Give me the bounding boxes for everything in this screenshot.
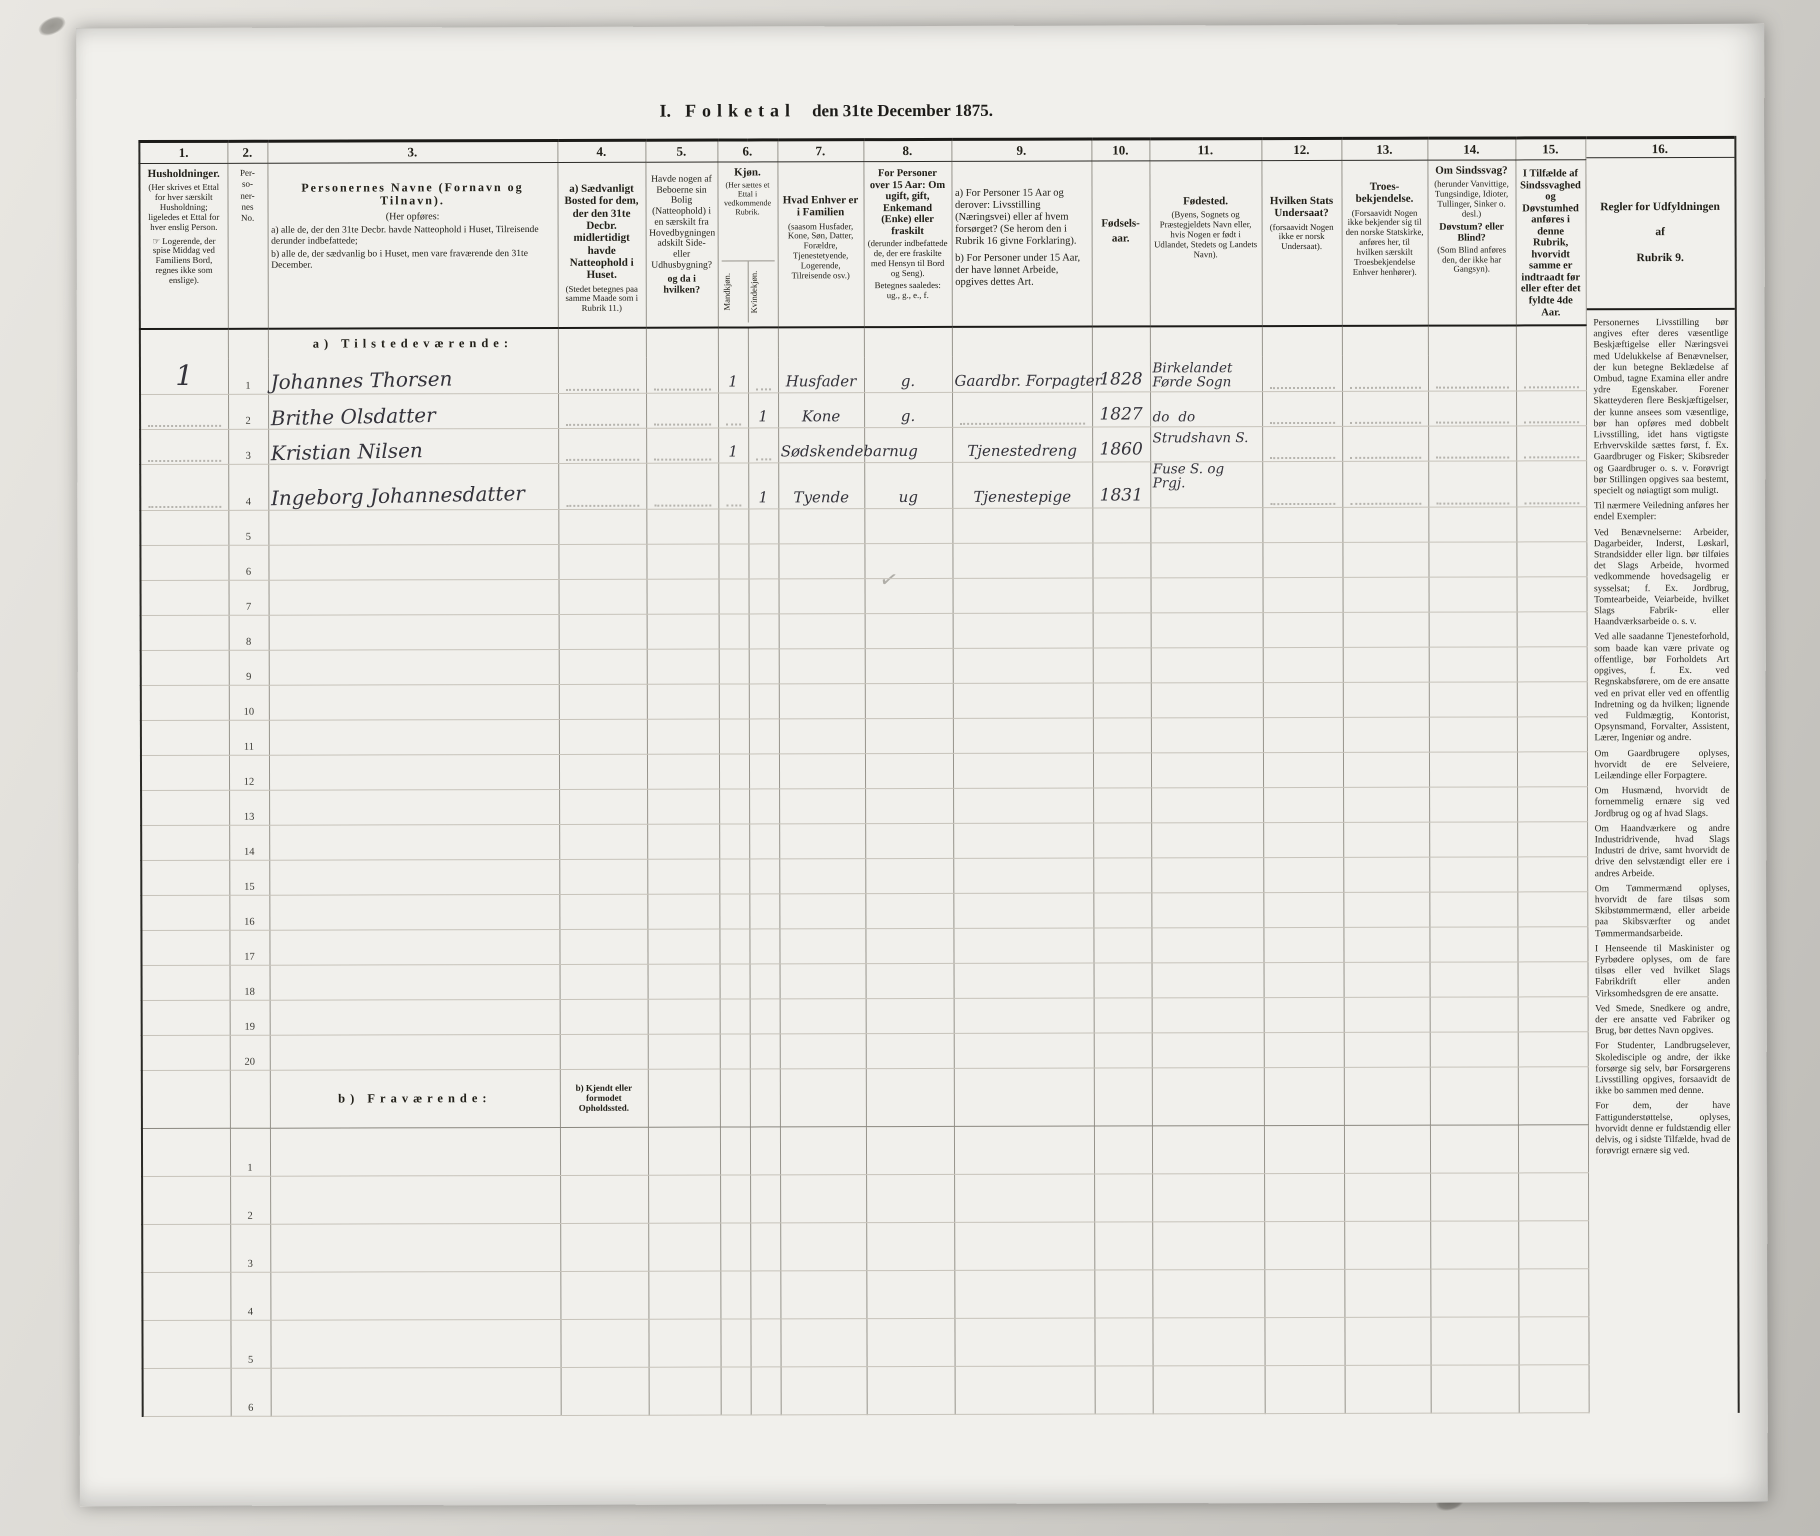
cell-person-number: 3 [230,1224,270,1272]
col-number: 5. [645,140,717,162]
cell-birthplace [1153,1365,1265,1413]
cell-birth-year [1092,508,1150,543]
cell-usual-residence [558,393,646,428]
cell-name: Kristian Nilsen [268,426,559,467]
cell-citizenship [1262,392,1342,427]
cell-marital-status [865,753,953,788]
cell-birth-year: 1827 [1092,392,1150,427]
table-row: 17 [141,926,1587,965]
cell-citizenship [1264,1125,1344,1173]
cell-birthplace [1152,1173,1264,1221]
cell-name [269,787,560,828]
header-female: Kvindekjøn. [748,261,774,322]
cell-birth-year [1093,683,1151,718]
cell-family-position [780,998,866,1033]
cell-usual-residence [559,824,647,859]
cell-family-position [780,963,866,998]
cell-family-position: Tyende [778,463,864,509]
header-citizenship: Hvilken Stats Undersaat? (forsaavidt Nog… [1261,160,1341,326]
cell-male [720,999,750,1034]
cell-occupation [954,1318,1094,1366]
cell-name [269,717,560,758]
cell-onset-age [1518,1031,1588,1066]
cell-disabilities [1430,1269,1518,1317]
section-absent-note: b) Kjendt eller formodet Opholdssted. [560,1069,648,1127]
cell-onset-age [1517,611,1587,646]
cell-creed [1344,962,1430,997]
cell-birth-year [1094,998,1152,1033]
cell-citizenship [1264,1269,1344,1317]
cell-citizenship [1262,462,1342,508]
cell-male [720,1034,750,1069]
cell-male [719,929,749,964]
cell-female [749,858,779,893]
cell-male [720,1175,750,1223]
cell-usual-residence [559,859,647,894]
cell-onset-age [1517,821,1587,856]
cell-birth-year [1094,1033,1152,1068]
cell-creed [1343,822,1429,857]
cell-onset-age [1517,786,1587,821]
cell-birth-year: 1860 [1092,427,1150,462]
cell-household [141,720,229,755]
table-row: 6 [140,541,1586,580]
cell-person-number: 3 [228,429,268,464]
cell-family-position [779,753,865,788]
cell-disabilities [1429,752,1517,787]
cell-male [720,1319,750,1367]
cell-name [270,1175,560,1224]
cell-male [718,463,748,509]
present-rows: 1 1 Johannes Thorsen 1 Husfader g. Gaard… [140,355,1588,1070]
cell-birthplace [1152,1221,1264,1269]
cell-marital-status [865,613,953,648]
cell-disabilities [1428,426,1516,461]
cell-usual-residence [559,894,647,929]
cell-marital-status [865,683,953,718]
cell-person-number: 13 [229,790,269,825]
cell-occupation [954,1270,1094,1318]
cell-outbuilding [646,463,718,509]
cell-disabilities [1429,577,1517,612]
cell-family-position [781,1366,867,1414]
cell-marital-status [865,823,953,858]
header-birthplace: Fødested. (Byens, Sognets og Præstegjeld… [1149,161,1261,327]
cell-disabilities [1429,647,1517,682]
cell-person-number: 6 [228,545,268,580]
cell-disabilities [1429,612,1517,647]
cell-name [269,892,560,933]
cell-occupation [954,1174,1094,1222]
header-usual-residence: a) Sædvanligt Bosted for dem, der den 31… [557,162,645,328]
cell-outbuilding [646,358,718,394]
cell-marital-status [865,893,953,928]
cell-name [268,507,559,548]
cell-female [748,509,778,544]
cell-male [720,1271,750,1319]
cell-disabilities [1430,962,1518,997]
cell-person-number: 1 [230,1128,270,1176]
cell-onset-age [1516,506,1586,541]
cell-name [268,577,559,618]
rules-paragraph: Ved alle saadanne Tjenesteforhold, som b… [1594,632,1729,744]
rules-title-line: Rubrik 9. [1586,246,1734,272]
cell-household [142,965,230,1000]
rules-paragraph: Om Husmænd, hvorvidt de fornemmelig ernæ… [1595,786,1730,820]
table-row: 20 [142,1031,1588,1070]
cell-citizenship [1262,427,1342,462]
col-number: 11. [1149,139,1261,161]
cell-onset-age [1517,681,1587,716]
cell-onset-age [1517,646,1587,681]
cell-birthplace [1151,927,1263,962]
table-row: 18 [142,961,1588,1000]
cell-onset-age [1516,461,1586,507]
cell-person-number: 16 [229,895,269,930]
rules-title-line: af [1586,220,1734,246]
cell-male [718,544,748,579]
cell-family-position [778,543,864,578]
cell-marital-status [866,1033,954,1068]
cell-person-number: 17 [229,930,269,965]
cell-outbuilding [646,509,718,544]
cell-family-position [779,648,865,683]
cell-person-number: 20 [230,1035,270,1070]
cell-occupation [954,1033,1094,1068]
header-creed: Troes- bekjendelse. (Forsaavidt Nogen ik… [1341,160,1427,326]
col-number: 2. [227,141,267,163]
cell-birth-year [1093,718,1151,753]
cell-person-number: 19 [230,1000,270,1035]
cell-male [721,1367,751,1415]
cell-creed [1344,997,1430,1032]
cell-person-number: 12 [229,755,269,790]
cell-birth-year: 1828 [1092,357,1150,393]
cell-usual-residence [560,964,648,999]
rules-paragraph: Om Haandværkere og andre Industridrivend… [1595,824,1730,880]
cell-birthplace [1152,1032,1264,1067]
cell-person-number: 5 [228,510,268,545]
cell-occupation [953,893,1093,928]
cell-birth-year [1094,1126,1152,1174]
cell-person-number: 9 [229,650,269,685]
cell-name [269,752,560,793]
table-row: 4 [142,1268,1588,1320]
cell-male [719,579,749,614]
cell-creed [1342,507,1428,542]
cell-family-position: Sødskendebarn [778,428,864,463]
cell-outbuilding [648,1034,720,1069]
cell-birthplace: Strudshavn S. [1150,427,1262,462]
cell-birth-year [1093,788,1151,823]
cell-disabilities [1430,1173,1518,1221]
cell-birthplace [1152,997,1264,1032]
cell-usual-residence [559,789,647,824]
cell-disabilities [1428,542,1516,577]
cell-marital-status [867,1366,955,1414]
cell-name [269,682,560,723]
cell-creed [1343,612,1429,647]
table-row: 12 [141,751,1587,790]
cell-usual-residence [558,463,646,509]
cell-occupation [953,648,1093,683]
cell-birth-year [1094,1318,1152,1366]
cell-occupation [953,578,1093,613]
cell-family-position [779,578,865,613]
cell-disabilities [1430,1032,1518,1067]
cell-citizenship [1263,717,1343,752]
cell-birthplace: dodo [1150,392,1262,427]
cell-creed [1342,391,1428,426]
cell-disabilities [1428,507,1516,542]
cell-onset-age [1516,541,1586,576]
cell-outbuilding [649,1367,721,1415]
table-row: 9 [141,646,1587,685]
cell-usual-residence [558,509,646,544]
cell-male [718,393,748,428]
cell-female [749,928,779,963]
cell-known-residence [560,1223,648,1271]
table-row: 1 [142,1124,1588,1176]
cell-occupation [955,1366,1095,1414]
cell-family-position [779,788,865,823]
cell-creed [1343,927,1429,962]
cell-male [719,719,749,754]
cell-usual-residence [559,719,647,754]
table-row: 10 [141,681,1587,720]
header-family-position: Hvad Enhver er i Familien (saasom Husfad… [777,162,863,328]
header-disabilities: Om Sindssvag? (herunder Vanvittige, Tung… [1427,160,1515,326]
cell-person-number: 7 [229,580,269,615]
cell-female [750,963,780,998]
cell-disabilities [1429,927,1517,962]
cell-outbuilding [646,428,718,463]
stacked-syllable: Per- [231,168,264,179]
cell-usual-residence [560,999,648,1034]
cell-creed [1342,542,1428,577]
cell-marital-status: g. [864,357,952,393]
cell-citizenship [1263,752,1343,787]
cell-birthplace [1151,682,1263,717]
cell-occupation [953,613,1093,648]
cell-creed [1345,1365,1431,1413]
cell-outbuilding [647,754,719,789]
cell-male [719,824,749,859]
cell-birthplace: BirkelandetFørde Sogn [1150,356,1262,392]
cell-female [750,1174,780,1222]
cell-household [140,464,228,510]
cell-occupation [954,963,1094,998]
cell-person-number: 8 [229,615,269,650]
cell-birth-year [1093,928,1151,963]
title-date: den 31te December 1875. [812,101,993,120]
cell-male [720,964,750,999]
cell-disabilities [1429,682,1517,717]
cell-household [141,860,229,895]
cell-birth-year [1093,753,1151,788]
cell-marital-status [865,928,953,963]
cell-marital-status [864,508,952,543]
cell-family-position [780,1270,866,1318]
cell-person-number: 4 [230,1272,270,1320]
cell-birth-year [1094,963,1152,998]
cell-occupation [952,392,1092,427]
cell-birthplace [1152,1317,1264,1365]
cell-disabilities [1428,356,1516,392]
cell-female [750,1270,780,1318]
cell-marital-status: g. [864,393,952,428]
cell-birth-year [1093,648,1151,683]
census-table: 1. 2. 3. 4. 5. 6. 7. 8. 9. 10. 11. 12. 1… [138,136,1589,1416]
cell-female [749,648,779,683]
cell-citizenship [1263,612,1343,647]
cell-birthplace [1151,752,1263,787]
rules-paragraph: For Studenter, Landbrugselever, Skoledis… [1595,1041,1730,1097]
title-main: Folketal [685,100,796,120]
cell-female [748,357,778,393]
table-row: 11 [141,716,1587,755]
cell-citizenship [1263,682,1343,717]
scanned-page: I. Folketal den 31te December 1875. ✓ 1. [76,24,1768,1506]
cell-occupation: Gaardbr. Forpagter [952,357,1092,393]
col-number: 3. [267,140,557,163]
cell-outbuilding [646,544,718,579]
cell-occupation [954,998,1094,1033]
cell-disabilities [1430,997,1518,1032]
header-occupation: a) For Personer 15 Aar og derover: Livss… [951,161,1091,327]
cell-household [142,1035,230,1070]
cell-household [141,755,229,790]
cell-citizenship [1264,1317,1344,1365]
table-row: 14 [141,821,1587,860]
cell-occupation [953,753,1093,788]
cell-marital-status [866,1126,954,1174]
cell-marital-status [866,1270,954,1318]
cell-creed [1344,1032,1430,1067]
cell-creed [1343,752,1429,787]
cell-household [141,825,229,860]
cell-male [720,1127,750,1175]
cell-household [141,895,229,930]
cell-creed [1343,717,1429,752]
rules-paragraph: Til nærmere Veiledning anføres her endel… [1594,501,1729,524]
census-sheet: 1. 2. 3. 4. 5. 6. 7. 8. 9. 10. 11. 12. 1… [138,136,1739,1417]
cell-female: 1 [748,463,778,509]
cell-household [141,685,229,720]
table-row: 6 [143,1364,1589,1416]
header-birth-year: Fødsels- aar. [1091,161,1149,327]
cell-onset-age [1518,1220,1588,1268]
cell-birthplace [1151,612,1263,647]
cell-outbuilding [648,1271,720,1319]
cell-male [719,649,749,684]
cell-usual-residence [559,684,647,719]
cell-birthplace [1151,892,1263,927]
cell-creed [1343,892,1429,927]
header-households: Husholdninger. (Her skrives et Ettal for… [139,163,227,329]
cell-occupation [953,718,1093,753]
page-title: I. Folketal den 31te December 1875. [76,98,1576,123]
col-number: 10. [1091,139,1149,161]
cell-occupation [952,543,1092,578]
cell-creed [1344,1125,1430,1173]
cell-female [749,613,779,648]
cell-outbuilding [647,579,719,614]
cell-known-residence [561,1367,649,1415]
cell-household [141,615,229,650]
cell-usual-residence [559,614,647,649]
cell-onset-age [1517,751,1587,786]
cell-name [270,1271,560,1320]
cell-birthplace [1152,1125,1264,1173]
cell-creed [1344,1221,1430,1269]
cell-occupation [953,823,1093,858]
cell-name [270,1223,560,1272]
cell-outbuilding [647,649,719,684]
cell-person-number: 4 [228,464,268,510]
cell-name [269,962,560,1003]
cell-female [751,1366,781,1414]
cell-name [269,927,560,968]
cell-outbuilding [648,999,720,1034]
cell-outbuilding [647,859,719,894]
cell-occupation [954,1222,1094,1270]
section-absent: b) Fraværende: b) Kjendt eller formodet … [142,1066,1588,1128]
cell-creed [1343,682,1429,717]
cell-outbuilding [647,719,719,754]
cell-birth-year: 1831 [1092,462,1150,508]
cell-disabilities [1429,857,1517,892]
cell-usual-residence [558,358,646,394]
cell-person-number: 5 [230,1320,270,1368]
header-onset-age: I Tilfælde af Sindssvaghed og Døvstumhed… [1515,160,1585,326]
cell-male [719,684,749,719]
cell-birthplace [1152,1269,1264,1317]
col-number: 13. [1341,138,1427,160]
cell-birth-year [1094,1222,1152,1270]
col-number: 9. [951,139,1091,161]
cell-onset-age [1517,856,1587,891]
cell-birth-year [1095,1366,1153,1414]
cell-creed [1343,647,1429,682]
table-row: 1 1 Johannes Thorsen 1 Husfader g. Gaard… [140,355,1586,394]
cell-family-position: Kone [778,393,864,428]
cell-birth-year [1092,543,1150,578]
cell-male: 1 [718,358,748,394]
page-curl-mark [36,13,68,39]
cell-household [142,1176,230,1224]
table-row: 4 Ingeborg Johannesdatter 1 Tyende ug Tj… [140,461,1586,510]
table-row: 7 [141,576,1587,615]
rules-paragraph: Om Gaardbrugere oplyses, hvorvidt de ere… [1594,748,1729,782]
cell-female [748,428,778,463]
cell-birth-year [1093,893,1151,928]
rules-text: Personernes Livsstilling bør angives eft… [1586,310,1737,1386]
rules-paragraph: Personernes Livsstilling bør angives eft… [1593,318,1728,498]
cell-citizenship [1262,542,1342,577]
cell-name [271,1367,561,1416]
cell-onset-age [1517,716,1587,751]
cell-family-position [779,893,865,928]
cell-birthplace [1151,717,1263,752]
cell-creed [1343,857,1429,892]
cell-female [749,753,779,788]
cell-marital-status [866,1318,954,1366]
cell-birthplace [1151,787,1263,822]
cell-citizenship [1264,1032,1344,1067]
cell-name [269,822,560,863]
rules-paragraph: I Henseende til Maskinister og Fyrbødere… [1595,944,1730,1000]
